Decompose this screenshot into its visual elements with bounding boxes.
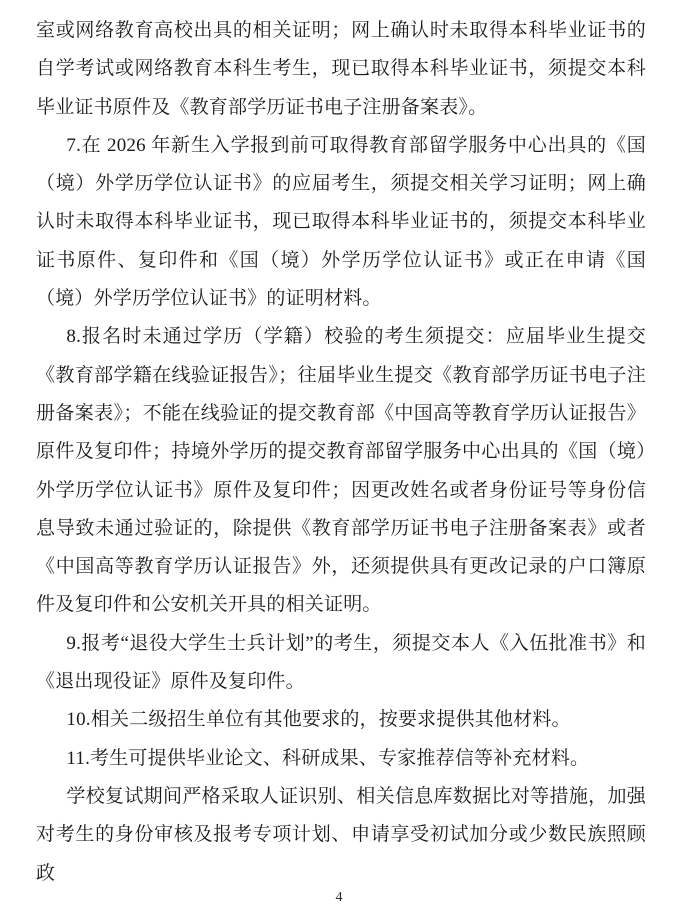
paragraph: 8.报名时未通过学历（学籍）校验的考生须提交：应届毕业生提交《教育部学籍在线验证… [36, 318, 646, 624]
paragraph: 7.在 2026 年新生入学报到前可取得教育部留学服务中心出具的《国（境）外学历… [36, 127, 646, 318]
document-page: 室或网络教育高校出具的相关证明；网上确认时未取得本科毕业证书的自学考试或网络教育… [0, 0, 678, 919]
paragraph: 室或网络教育高校出具的相关证明；网上确认时未取得本科毕业证书的自学考试或网络教育… [36, 12, 646, 127]
paragraph: 10.相关二级招生单位有其他要求的，按要求提供其他材料。 [36, 701, 646, 739]
paragraph: 9.报考“退役大学生士兵计划”的考生，须提交本人《入伍批准书》和《退出现役证》原… [36, 625, 646, 702]
paragraph: 11.考生可提供毕业论文、科研成果、专家推荐信等补充材料。 [36, 740, 646, 778]
document-body: 室或网络教育高校出具的相关证明；网上确认时未取得本科毕业证书的自学考试或网络教育… [36, 12, 646, 893]
page-number: 4 [0, 890, 678, 906]
paragraph: 学校复试期间严格采取人证识别、相关信息库数据比对等措施，加强对考生的身份审核及报… [36, 778, 646, 893]
